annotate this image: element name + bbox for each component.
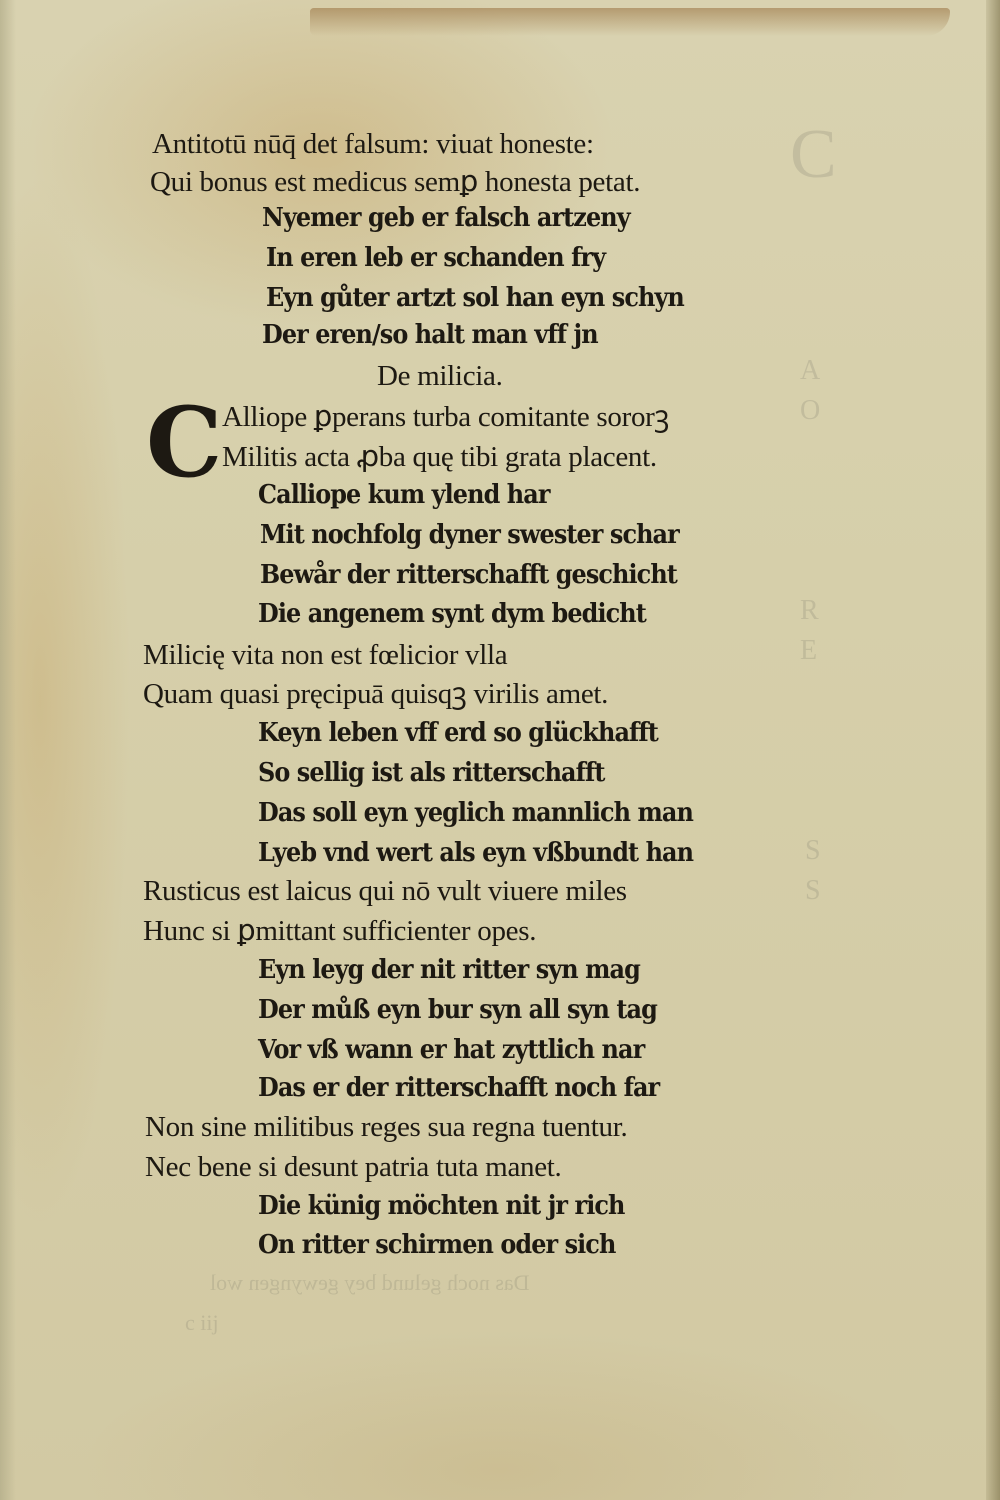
show-through-letter: C	[790, 115, 837, 195]
decorated-initial: C	[146, 395, 222, 491]
stained-top-edge	[310, 8, 950, 36]
show-through-letter: S	[805, 835, 821, 867]
german-verse: Das soll eyn yeglich mannlich man	[258, 800, 693, 826]
german-verse: Keyn leben vff erd so glückhafft	[258, 720, 658, 746]
german-verse: Das er der ritterschafft noch far	[258, 1075, 659, 1101]
latin-verse: Hunc si ꝑmittant sufficienter opes.	[143, 917, 536, 946]
german-verse: Calliope kum ylend har	[258, 482, 550, 508]
latin-verse: Antitotū nūq̄ det falsum: viuat honeste:	[152, 130, 594, 159]
latin-verse: Milicię vita non est fœlicior vlla	[143, 641, 507, 670]
german-verse: Eyn leyg der nit ritter syn mag	[258, 957, 640, 983]
german-verse: Die angenem synt dym bedicht	[258, 601, 646, 627]
german-verse: In eren leb er schanden fry	[266, 245, 605, 271]
show-through-letter: R	[800, 595, 819, 627]
latin-verse: Non sine militibus reges sua regna tuent…	[145, 1113, 627, 1142]
paper-page: C A O R E S S Das noch gelund bey gewyng…	[0, 0, 1000, 1500]
left-margin-shadow	[0, 0, 16, 1500]
show-through-letter: E	[800, 635, 817, 667]
right-page-edge	[986, 0, 1000, 1500]
show-through-letter: S	[805, 875, 821, 907]
latin-verse: Nec bene si desunt patria tuta manet.	[145, 1153, 562, 1182]
german-verse: So sellig ist als ritterschafft	[258, 760, 605, 786]
german-verse: Die künig möchten nit jr rich	[258, 1193, 624, 1219]
show-through-line: Das noch gelund bey gewyngen wol	[210, 1270, 530, 1296]
section-heading: De milicia.	[377, 362, 503, 391]
show-through-letter: A	[800, 355, 820, 387]
german-verse: Nyemer geb er falsch artzeny	[262, 205, 630, 231]
latin-verse: Rusticus est laicus qui nō vult viuere m…	[143, 877, 627, 906]
german-verse: Lyeb vnd wert als eyn vßbundt han	[258, 840, 693, 866]
latin-verse: Qui bonus est medicus semꝑ honesta petat…	[150, 168, 640, 197]
german-verse: Eyn gůter artzt sol han eyn schyn	[266, 285, 684, 311]
german-verse: On ritter schirmen oder sich	[258, 1232, 615, 1258]
german-verse: Mit nochfolg dyner swester schar	[260, 522, 679, 548]
latin-verse: Militis acta ꝓba quę tibi grata placent.	[222, 443, 657, 472]
german-verse: Der můß eyn bur syn all syn tag	[258, 997, 657, 1023]
german-verse: Bewår der ritterschafft geschicht	[260, 562, 677, 588]
show-through-signature: c iij	[185, 1310, 219, 1336]
latin-verse: Alliope ꝑperans turba comitante sororꝫ	[222, 403, 669, 432]
latin-verse: Quam quasi pręcipuā quisqꝫ virilis amet.	[143, 680, 608, 709]
german-verse: Der eren/so halt man vff jn	[262, 322, 598, 348]
german-verse: Vor vß wann er hat zyttlich nar	[258, 1037, 644, 1063]
show-through-letter: O	[800, 395, 820, 427]
